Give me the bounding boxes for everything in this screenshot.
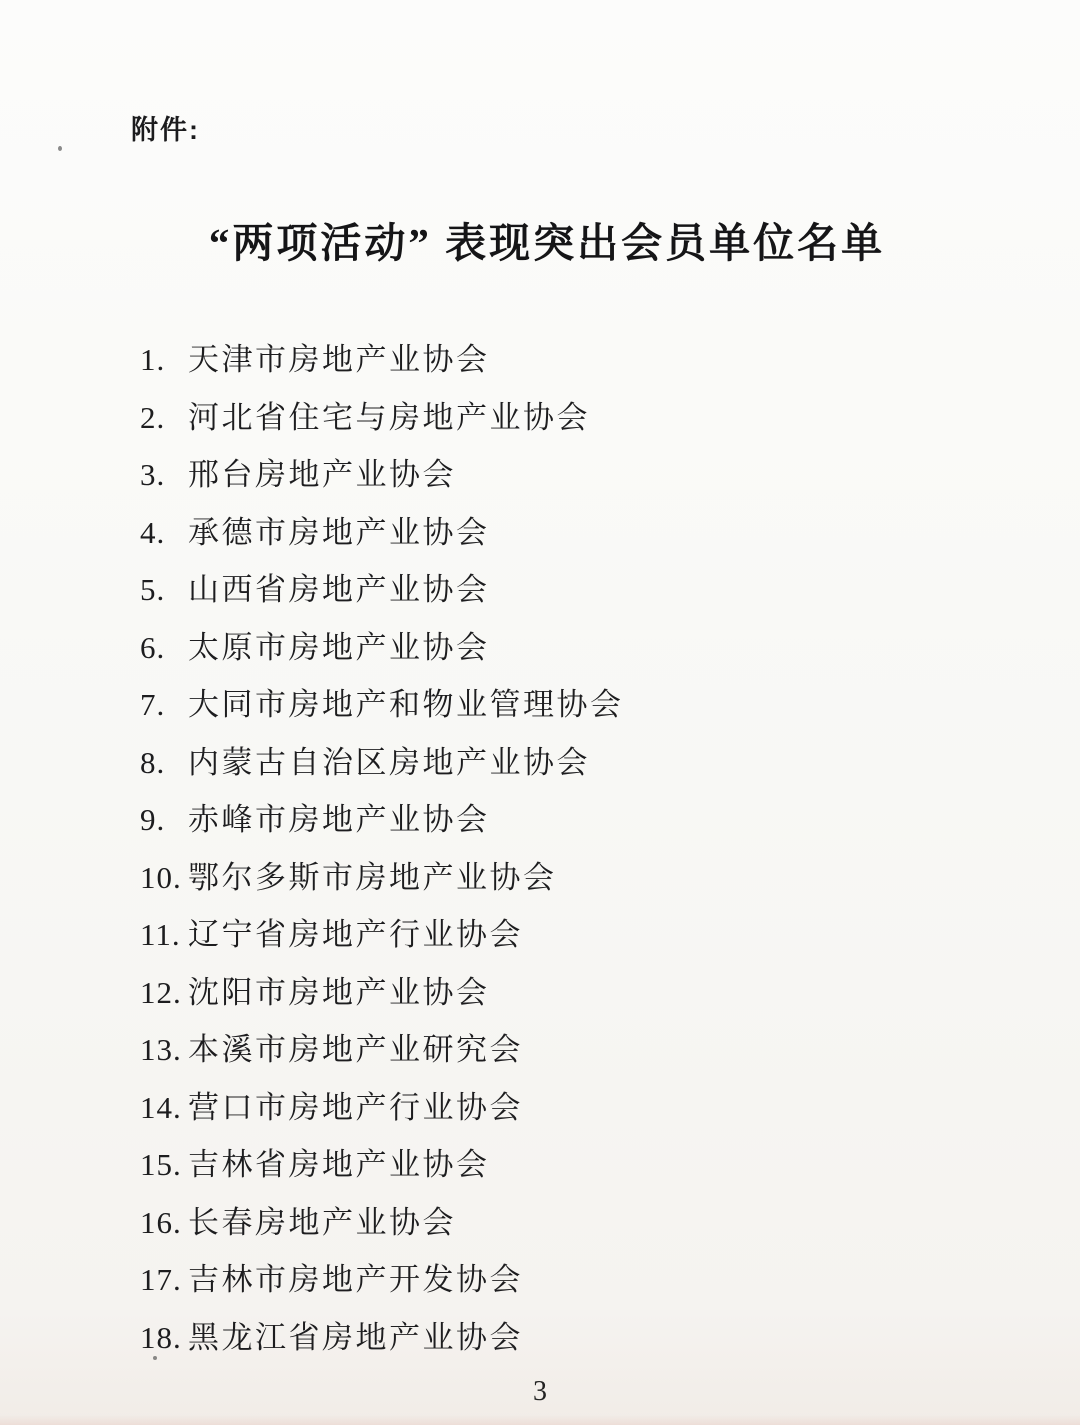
item-number: 18.	[140, 1309, 188, 1367]
list-item: 8. 内蒙古自治区房地产业协会	[140, 734, 624, 792]
item-text: 邢台房地产业协会	[188, 446, 456, 504]
item-number: 17.	[140, 1251, 188, 1309]
item-number: 1.	[140, 331, 188, 389]
item-text: 辽宁省房地产行业协会	[188, 906, 523, 964]
item-number: 15.	[140, 1136, 188, 1194]
list-item: 15. 吉林省房地产业协会	[140, 1136, 624, 1194]
item-number: 2.	[140, 389, 188, 447]
item-number: 9.	[140, 791, 188, 849]
list-item: 2. 河北省住宅与房地产业协会	[140, 389, 624, 447]
list-item: 17. 吉林市房地产开发协会	[140, 1251, 624, 1309]
list-item: 5. 山西省房地产业协会	[140, 561, 624, 619]
item-text: 吉林省房地产业协会	[188, 1136, 490, 1194]
item-text: 本溪市房地产业研究会	[188, 1021, 523, 1079]
list-item: 6. 太原市房地产业协会	[140, 619, 624, 677]
item-number: 8.	[140, 734, 188, 792]
item-number: 5.	[140, 561, 188, 619]
list-item: 11. 辽宁省房地产行业协会	[140, 906, 624, 964]
item-text: 赤峰市房地产业协会	[188, 791, 490, 849]
item-text: 山西省房地产业协会	[188, 561, 490, 619]
list-item: 7. 大同市房地产和物业管理协会	[140, 676, 624, 734]
list-item: 16. 长春房地产业协会	[140, 1194, 624, 1252]
item-number: 11.	[140, 906, 188, 964]
scan-artifact	[58, 146, 62, 151]
list-item: 14. 营口市房地产行业协会	[140, 1079, 624, 1137]
page-number: 3	[0, 1376, 1080, 1408]
item-text: 河北省住宅与房地产业协会	[188, 389, 590, 447]
item-text: 天津市房地产业协会	[188, 331, 490, 389]
list-item: 18. 黑龙江省房地产业协会	[140, 1309, 624, 1367]
list-item: 1. 天津市房地产业协会	[140, 331, 624, 389]
item-number: 7.	[140, 676, 188, 734]
list-item: 9. 赤峰市房地产业协会	[140, 791, 624, 849]
member-list: 1. 天津市房地产业协会 2. 河北省住宅与房地产业协会 3. 邢台房地产业协会…	[140, 331, 624, 1366]
list-item: 3. 邢台房地产业协会	[140, 446, 624, 504]
list-item: 12. 沈阳市房地产业协会	[140, 964, 624, 1022]
item-text: 承德市房地产业协会	[188, 504, 490, 562]
item-number: 14.	[140, 1079, 188, 1137]
item-text: 吉林市房地产开发协会	[188, 1251, 523, 1309]
item-text: 营口市房地产行业协会	[188, 1079, 523, 1137]
item-number: 3.	[140, 446, 188, 504]
list-item: 10. 鄂尔多斯市房地产业协会	[140, 849, 624, 907]
item-text: 内蒙古自治区房地产业协会	[188, 734, 590, 792]
scan-artifact	[153, 1356, 157, 1360]
item-number: 10.	[140, 849, 188, 907]
document-page: 附件: “两项活动” 表现突出会员单位名单 1. 天津市房地产业协会 2. 河北…	[0, 0, 1080, 1425]
item-text: 黑龙江省房地产业协会	[188, 1309, 523, 1367]
item-number: 4.	[140, 504, 188, 562]
attachment-label: 附件:	[131, 108, 200, 147]
item-number: 12.	[140, 964, 188, 1022]
item-number: 6.	[140, 619, 188, 677]
document-title: “两项活动” 表现突出会员单位名单	[0, 210, 1080, 269]
list-item: 4. 承德市房地产业协会	[140, 504, 624, 562]
item-number: 13.	[140, 1021, 188, 1079]
item-text: 沈阳市房地产业协会	[188, 964, 490, 1022]
item-text: 鄂尔多斯市房地产业协会	[188, 849, 557, 907]
item-text: 太原市房地产业协会	[188, 619, 490, 677]
item-text: 大同市房地产和物业管理协会	[188, 676, 624, 734]
item-text: 长春房地产业协会	[188, 1194, 456, 1252]
item-number: 16.	[140, 1194, 188, 1252]
list-item: 13. 本溪市房地产业研究会	[140, 1021, 624, 1079]
